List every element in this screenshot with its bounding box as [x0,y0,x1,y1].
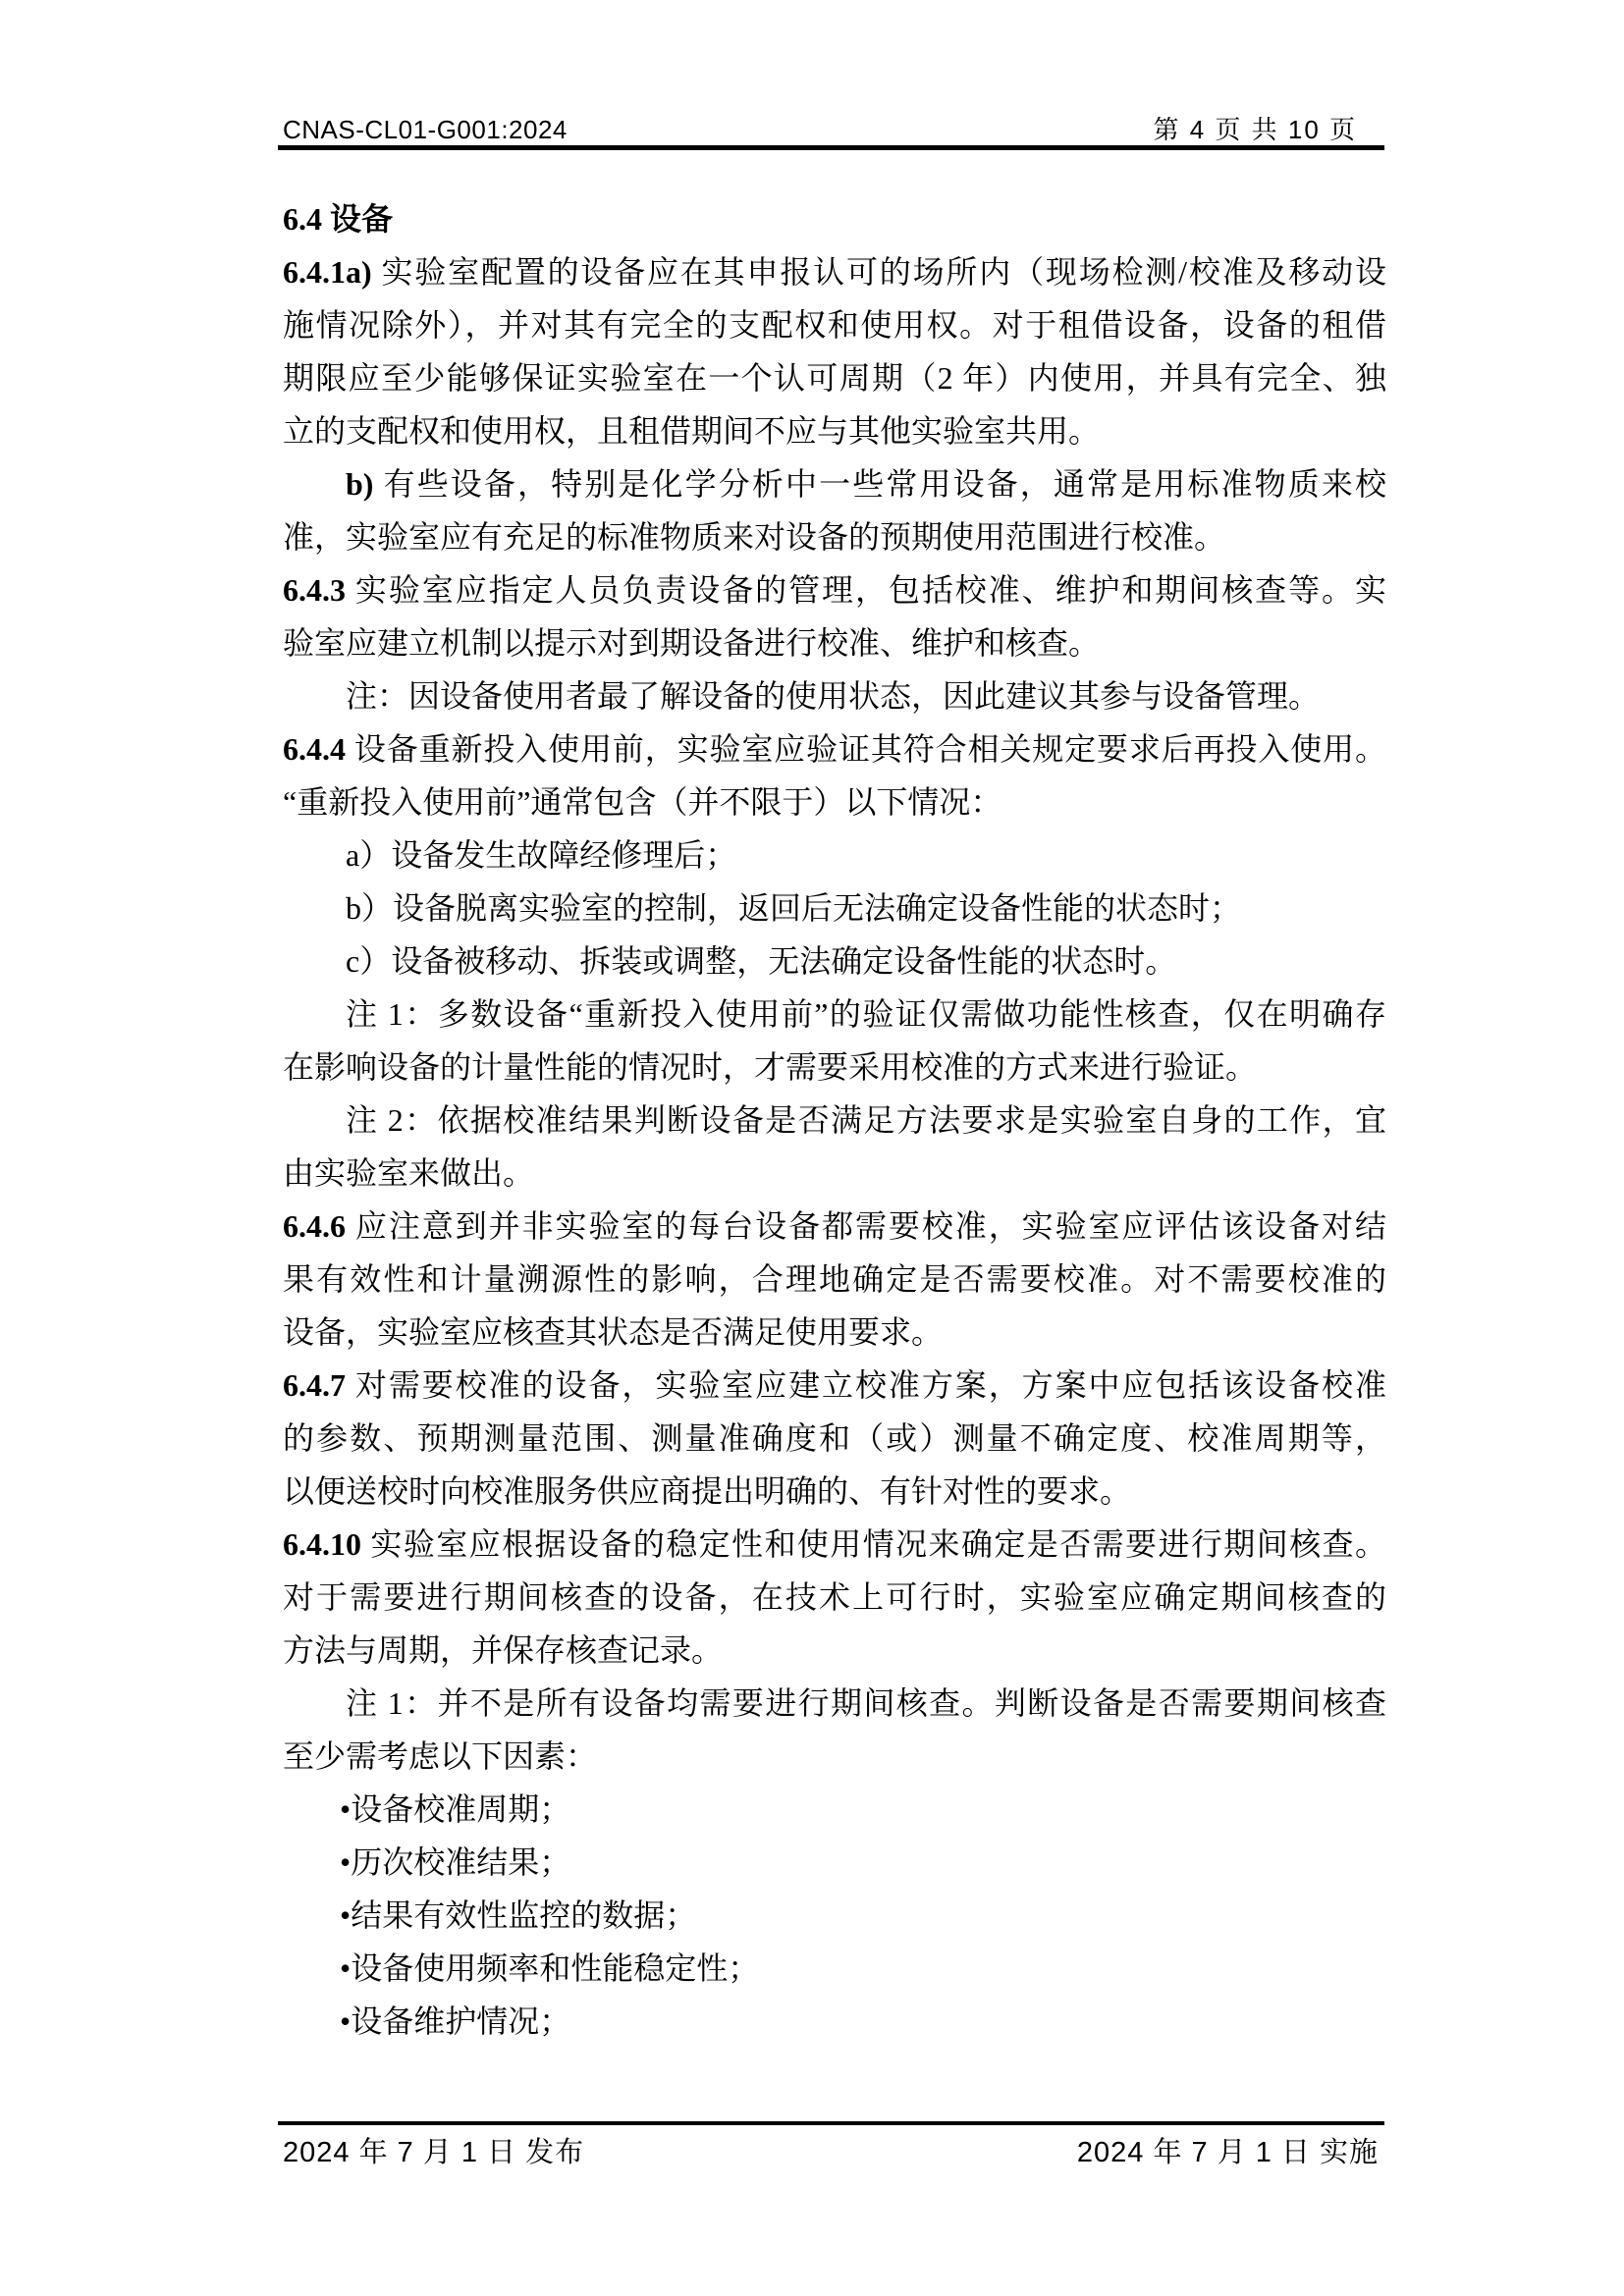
doc-line: 至少需考虑以下因素： [283,1730,1386,1783]
doc-line: 6.4.10 实验室应根据设备的稳定性和使用情况来确定是否需要进行期间核查。 [283,1518,1386,1571]
paragraph-section: 6.4.6 应注意到并非实验室的每台设备都需要校准，实验室应评估该设备对结果有效… [283,1200,1386,1359]
footer-release-date: 2024 年 7 月 1 日 发布 [283,2130,584,2170]
clause-number: b) [346,466,373,502]
doc-line: 以便送校时向校准服务供应商提出明确的、有针对性的要求。 [283,1465,1386,1518]
footer-implementation-date: 2024 年 7 月 1 日 实施 [1077,2130,1379,2170]
page-header: CNAS-CL01-G001:2024 第 4 页 共 10 页 [283,110,1384,146]
paragraph-section: 6.4.10 实验室应根据设备的稳定性和使用情况来确定是否需要进行期间核查。对于… [283,1518,1386,1677]
doc-line: 6.4.4 设备重新投入使用前，实验室应验证其符合相关规定要求后再投入使用。 [283,722,1386,775]
doc-line: 果有效性和计量溯源性的影响，合理地确定是否需要校准。对不需要校准的 [283,1253,1386,1306]
doc-line: a）设备发生故障经修理后； [283,828,1386,881]
doc-line: •设备校准周期； [283,1783,1386,1836]
doc-line: 验室应建立机制以提示对到期设备进行校准、维护和核查。 [283,616,1386,669]
document-page: CNAS-CL01-G001:2024 第 4 页 共 10 页 6.4 设备6… [0,0,1624,2296]
doc-line: 在影响设备的计量性能的情况时，才需要采用校准的方式来进行验证。 [283,1041,1386,1094]
paragraph-note: 注 1：并不是所有设备均需要进行期间核查。判断设备是否需要期间核查至少需考虑以下… [283,1677,1386,1783]
paragraph-bullet: •历次校准结果； [283,1836,1386,1889]
clause-number: 6.4.1a) [283,254,372,290]
paragraph-note: 注：因设备使用者最了解设备的使用状态，因此建议其参与设备管理。 [283,669,1386,722]
page-footer: 2024 年 7 月 1 日 发布 2024 年 7 月 1 日 实施 [283,2130,1379,2170]
doc-line: 注 1：并不是所有设备均需要进行期间核查。判断设备是否需要期间核查 [283,1677,1386,1730]
doc-line: 期限应至少能够保证实验室在一个认可周期（2 年）内使用，并具有完全、独 [283,351,1386,404]
paragraph-item: c）设备被移动、拆装或调整，无法确定设备性能的状态时。 [283,934,1386,988]
doc-line: 施情况除外），并对其有完全的支配权和使用权。对于租借设备，设备的租借 [283,298,1386,351]
paragraph-section: 6.4.4 设备重新投入使用前，实验室应验证其符合相关规定要求后再投入使用。“重… [283,722,1386,828]
doc-line: “重新投入使用前”通常包含（并不限于）以下情况： [283,775,1386,828]
doc-line: 方法与周期，并保存核查记录。 [283,1624,1386,1677]
clause-number: 6.4.7 [283,1367,346,1403]
header-page-number: 第 4 页 共 10 页 [1154,110,1385,146]
paragraph-note: 注 1：多数设备“重新投入使用前”的验证仅需做功能性核查，仅在明确存在影响设备的… [283,988,1386,1094]
doc-line: 6.4.7 对需要校准的设备，实验室应建立校准方案，方案中应包括该设备校准 [283,1359,1386,1412]
paragraph-item: b) 有些设备，特别是化学分析中一些常用设备，通常是用标准物质来校准，实验室应有… [283,457,1386,563]
doc-line: 6.4 设备 [283,192,1386,245]
doc-line: •结果有效性监控的数据； [283,1889,1386,1942]
paragraph-bullet: •结果有效性监控的数据； [283,1889,1386,1942]
header-document-number: CNAS-CL01-G001:2024 [283,115,568,145]
clause-number: 6.4.10 [283,1526,361,1562]
paragraph-item: b）设备脱离实验室的控制，返回后无法确定设备性能的状态时； [283,881,1386,934]
clause-number: 6.4.6 [283,1208,346,1244]
doc-line: 准，实验室应有充足的标准物质来对设备的预期使用范围进行校准。 [283,510,1386,563]
paragraph-item: a）设备发生故障经修理后； [283,828,1386,881]
doc-line: 注：因设备使用者最了解设备的使用状态，因此建议其参与设备管理。 [283,669,1386,722]
doc-line: •历次校准结果； [283,1836,1386,1889]
doc-line: •设备使用频率和性能稳定性； [283,1942,1386,1995]
paragraph-note: 注 2：依据校准结果判断设备是否满足方法要求是实验室自身的工作，宜由实验室来做出… [283,1094,1386,1200]
doc-line: 6.4.6 应注意到并非实验室的每台设备都需要校准，实验室应评估该设备对结 [283,1200,1386,1253]
footer-rule [278,2121,1384,2125]
paragraph-bullet: •设备校准周期； [283,1783,1386,1836]
paragraph-section: 6.4.1a) 实验室配置的设备应在其申报认可的场所内（现场检测/校准及移动设施… [283,245,1386,457]
clause-number: 6.4.4 [283,731,346,767]
doc-line: 注 1：多数设备“重新投入使用前”的验证仅需做功能性核查，仅在明确存 [283,988,1386,1041]
clause-number: 6.4 设备 [283,201,393,237]
paragraph-bullet: •设备维护情况； [283,1995,1386,2048]
doc-line: b）设备脱离实验室的控制，返回后无法确定设备性能的状态时； [283,881,1386,934]
paragraph-heading: 6.4 设备 [283,192,1386,245]
doc-line: 立的支配权和使用权，且租借期间不应与其他实验室共用。 [283,404,1386,457]
doc-line: 注 2：依据校准结果判断设备是否满足方法要求是实验室自身的工作，宜 [283,1094,1386,1147]
clause-number: 6.4.3 [283,572,346,608]
doc-line: •设备维护情况； [283,1995,1386,2048]
paragraph-bullet: •设备使用频率和性能稳定性； [283,1942,1386,1995]
doc-line: 由实验室来做出。 [283,1147,1386,1200]
doc-line: 6.4.3 实验室应指定人员负责设备的管理，包括校准、维护和期间核查等。实 [283,563,1386,616]
doc-line: c）设备被移动、拆装或调整，无法确定设备性能的状态时。 [283,934,1386,988]
doc-line: 对于需要进行期间核查的设备，在技术上可行时，实验室应确定期间核查的 [283,1571,1386,1624]
doc-line: 的参数、预期测量范围、测量准确度和（或）测量不确定度、校准周期等， [283,1412,1386,1465]
doc-line: 6.4.1a) 实验室配置的设备应在其申报认可的场所内（现场检测/校准及移动设 [283,245,1386,298]
document-body: 6.4 设备6.4.1a) 实验室配置的设备应在其申报认可的场所内（现场检测/校… [283,192,1386,2048]
paragraph-section: 6.4.7 对需要校准的设备，实验室应建立校准方案，方案中应包括该设备校准的参数… [283,1359,1386,1518]
paragraph-section: 6.4.3 实验室应指定人员负责设备的管理，包括校准、维护和期间核查等。实验室应… [283,563,1386,669]
doc-line: 设备，实验室应核查其状态是否满足使用要求。 [283,1306,1386,1359]
header-rule [278,145,1384,150]
doc-line: b) 有些设备，特别是化学分析中一些常用设备，通常是用标准物质来校 [283,457,1386,510]
